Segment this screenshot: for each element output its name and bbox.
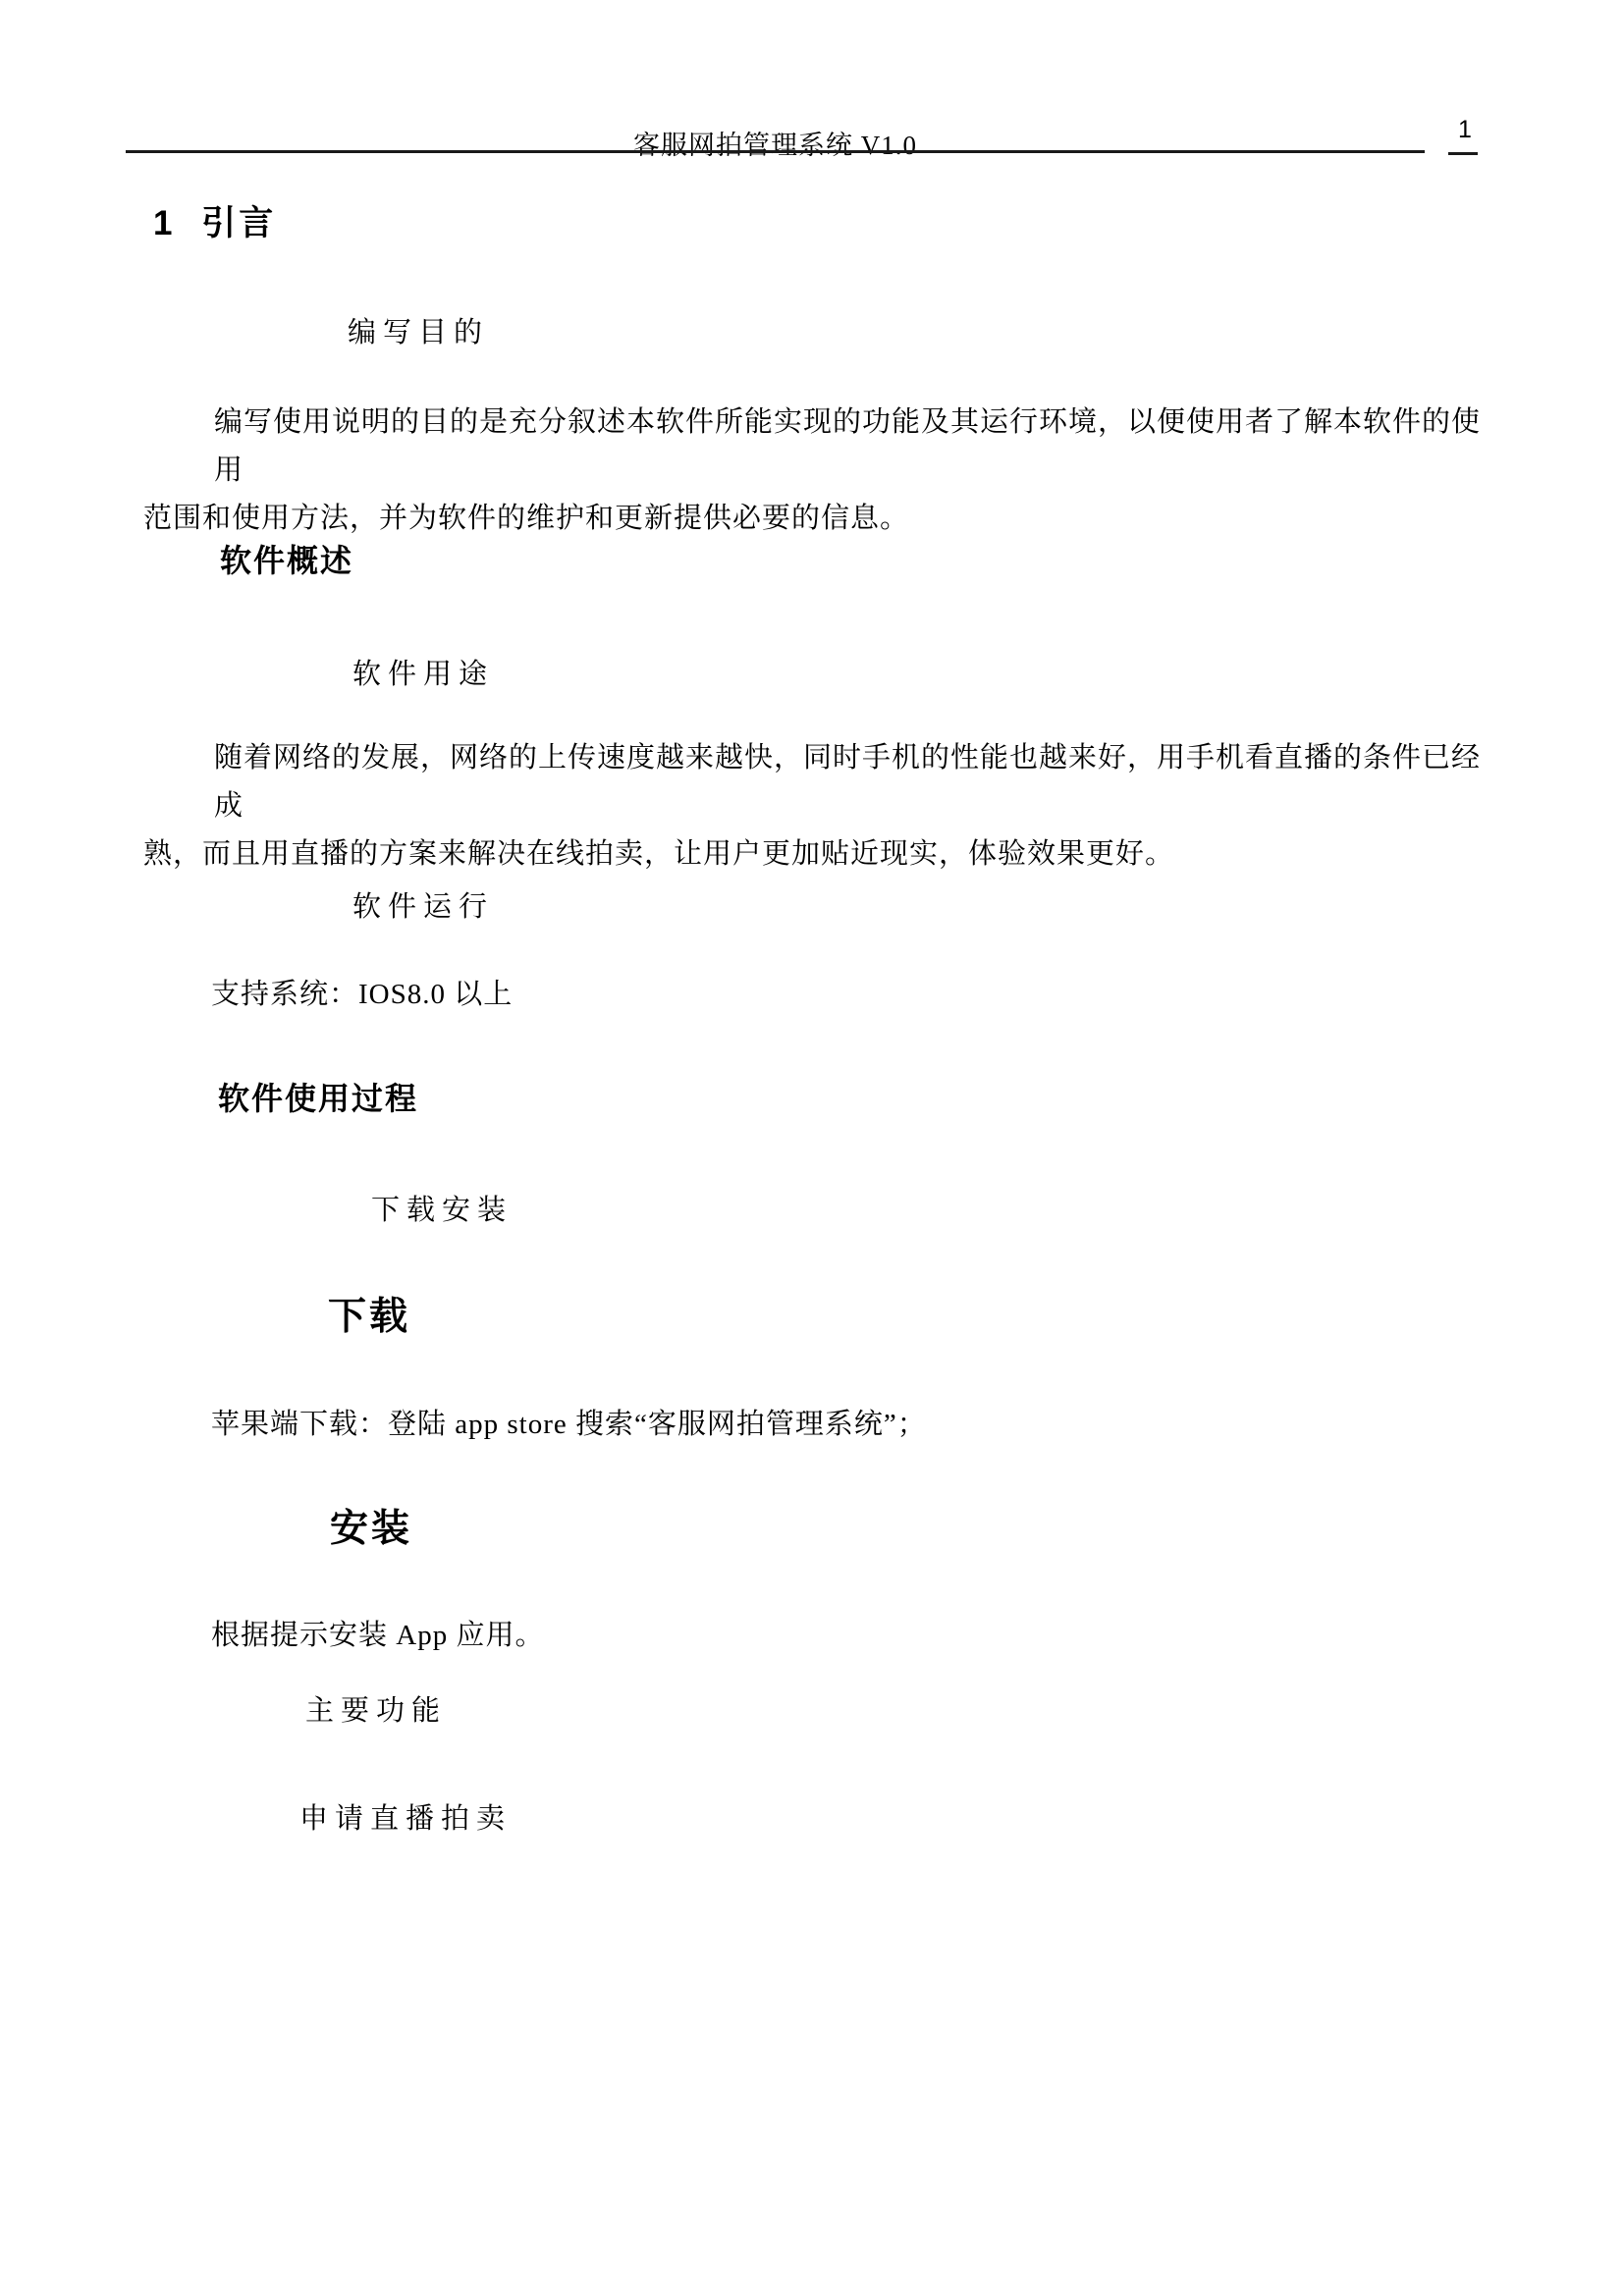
header-rule [126,150,1425,153]
chapter-heading-introduction: 1 引言 [153,196,276,245]
paragraph-apple-download: 苹果端下载：登陆 app store 搜索“客服网拍管理系统”； [211,1402,927,1442]
header-title: 客服网拍管理系统 V1.0 [126,124,1425,162]
subheading-software-runtime: 软件运行 [352,884,494,925]
document-page: 客服网拍管理系统 V1.0 1 1 引言 编写目的 编写使用说明的目的是充分叙述… [0,0,1624,2296]
subheading-software-usage: 软件用途 [352,652,494,692]
paragraph-software-usage: 随着网络的发展，网络的上传速度越来越快，同时手机的性能也越来好，用手机看直播的条… [143,734,1490,879]
page-number: 1 [1443,116,1487,144]
paragraph-supported-system: 支持系统：IOS8.0 以上 [211,972,513,1012]
subheading-download-install: 下载安装 [371,1188,513,1228]
section-heading-software-overview: 软件概述 [220,536,353,581]
page-number-underline [1448,152,1478,155]
heading-download: 下载 [328,1286,410,1341]
subheading-writing-purpose: 编写目的 [348,310,489,350]
paragraph-install-instruction: 根据提示安装 App 应用。 [211,1613,544,1653]
section-heading-usage-process: 软件使用过程 [218,1074,418,1119]
heading-install: 安装 [330,1498,412,1553]
paragraph-line: 随着网络的发展，网络的上传速度越来越快，同时手机的性能也越来好，用手机看直播的条… [143,734,1490,830]
paragraph-line: 熟，而且用直播的方案来解决在线拍卖，让用户更加贴近现实，体验效果更好。 [143,830,1490,879]
paragraph-writing-purpose: 编写使用说明的目的是充分叙述本软件所能实现的功能及其运行环境，以便使用者了解本软… [143,399,1490,543]
subheading-main-functions: 主要功能 [305,1688,447,1729]
paragraph-line: 编写使用说明的目的是充分叙述本软件所能实现的功能及其运行环境，以便使用者了解本软… [143,399,1490,495]
subheading-apply-live-auction: 申请直播拍卖 [299,1796,512,1837]
